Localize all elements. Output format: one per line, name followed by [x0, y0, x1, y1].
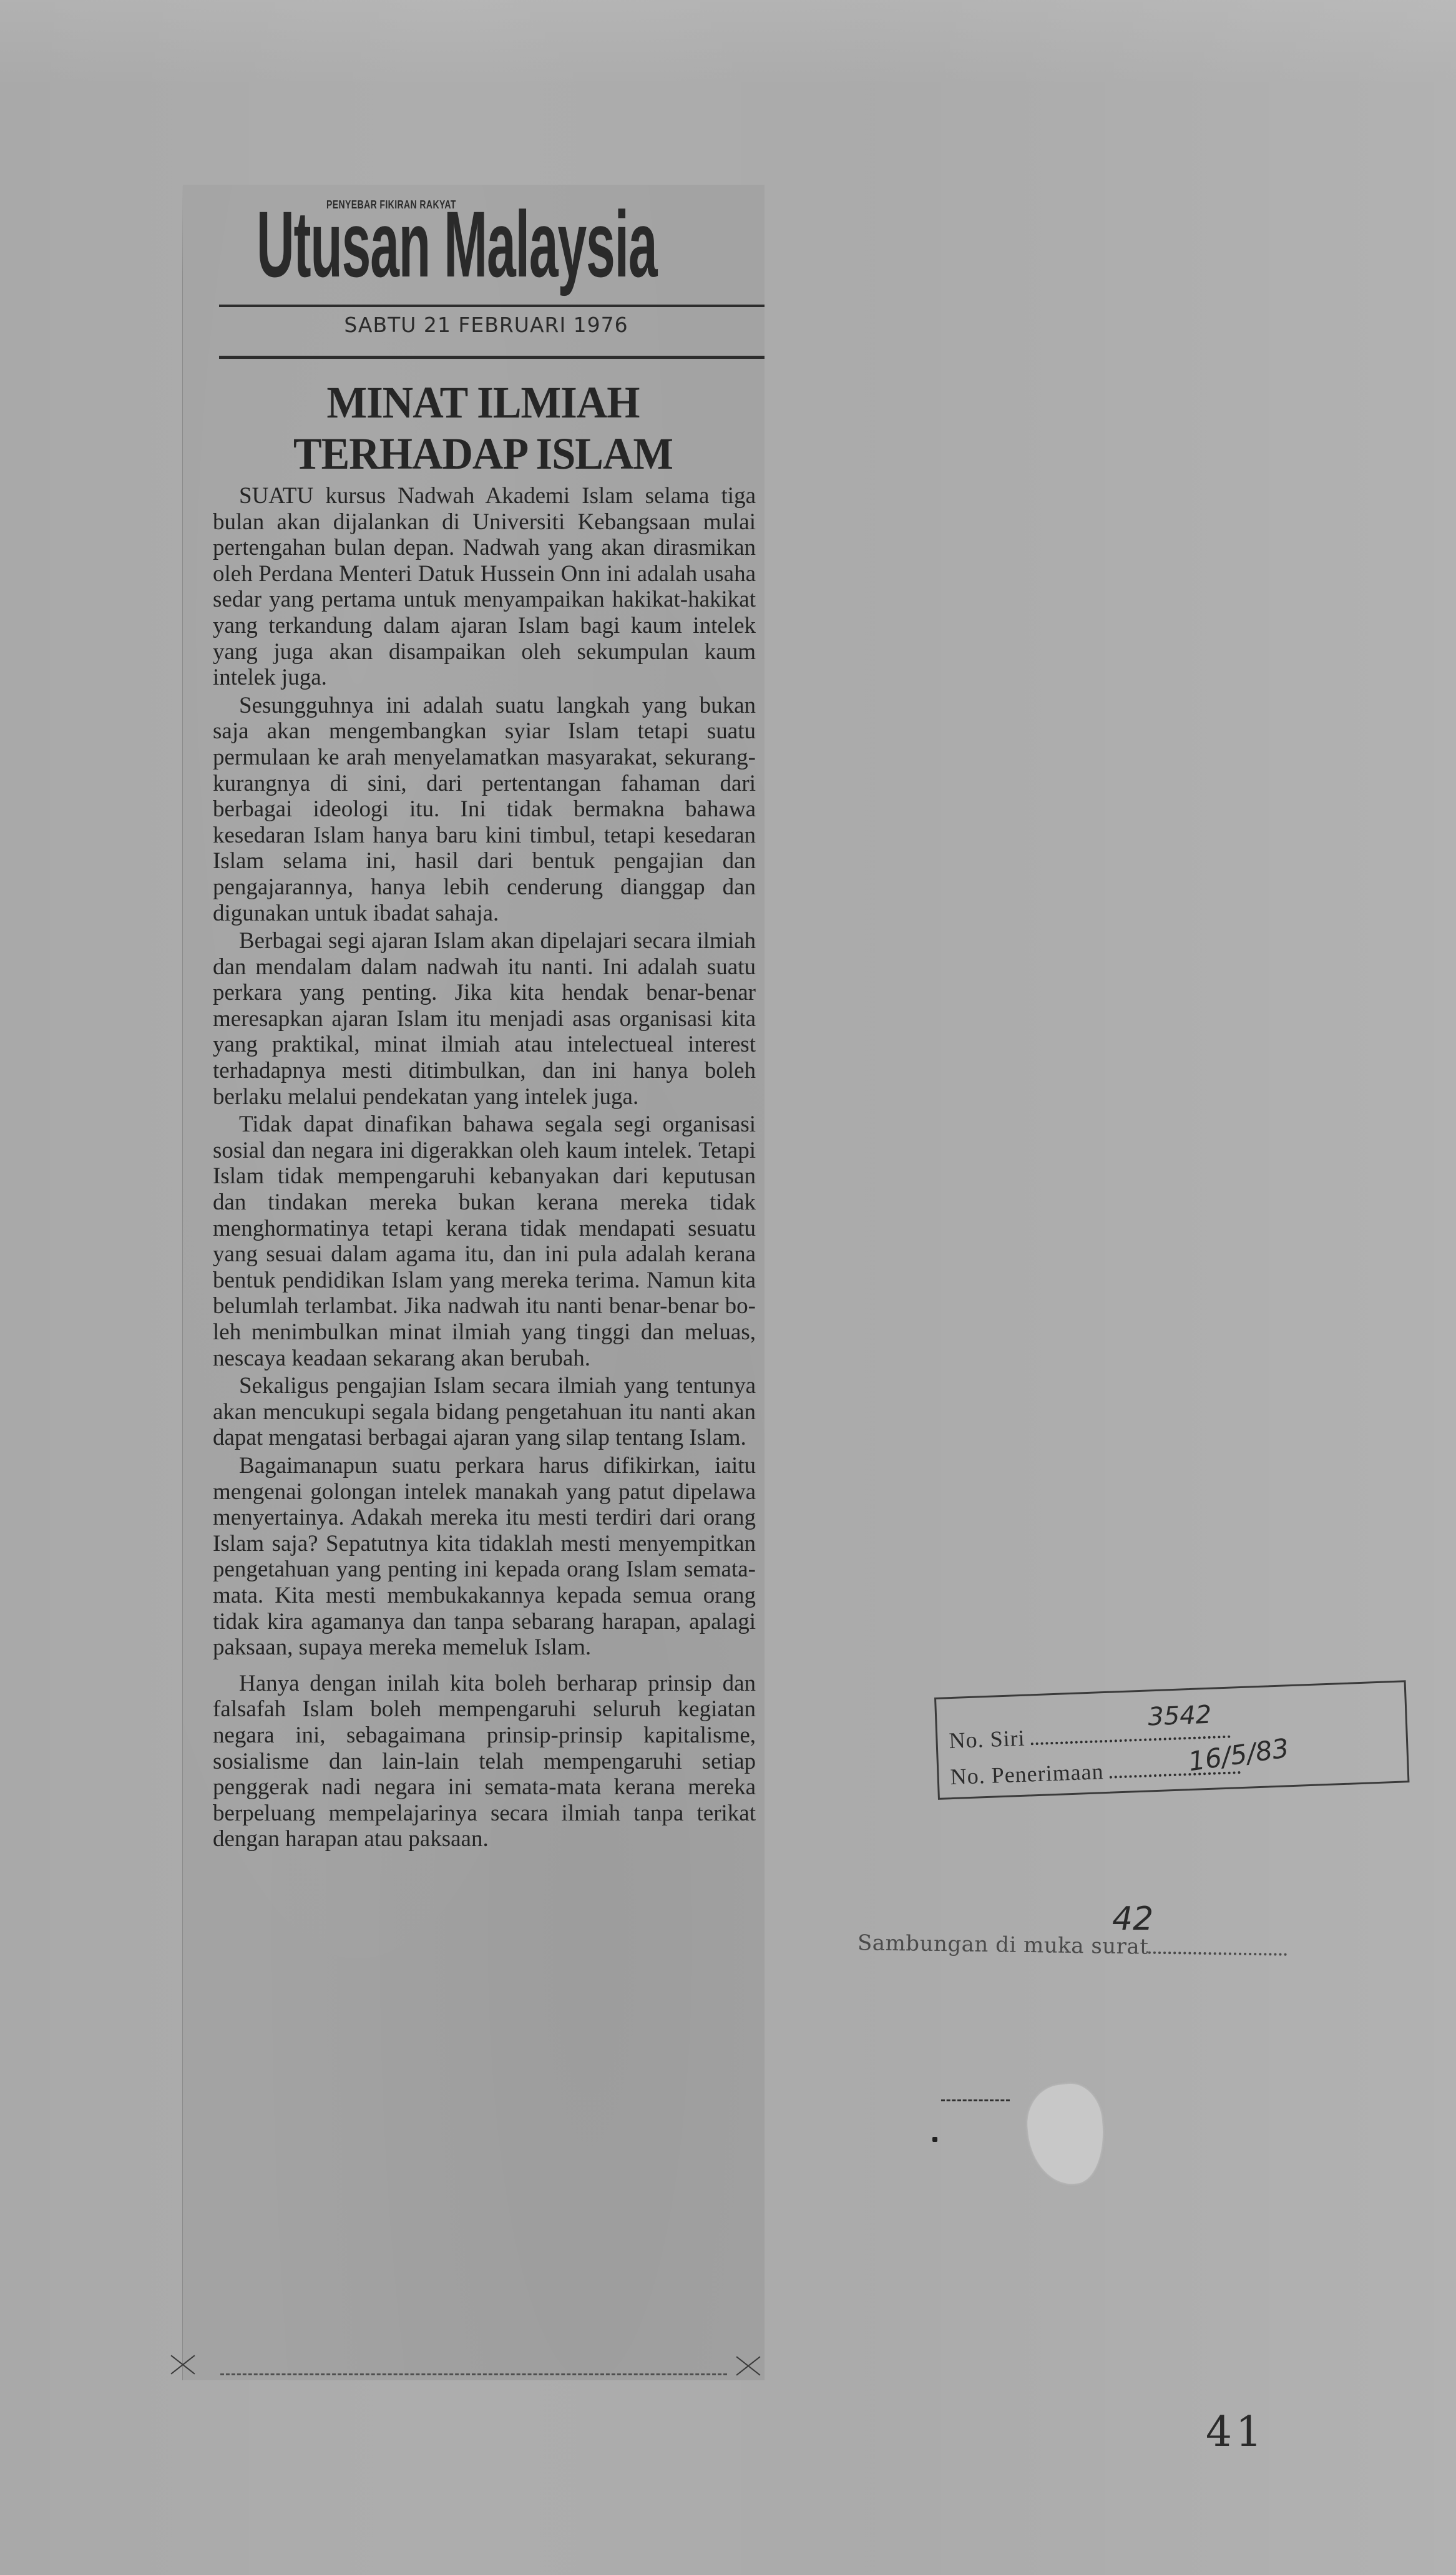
- stray-pen-mark: [941, 2099, 1010, 2101]
- newspaper-logo: Utusan Malaysia: [257, 197, 657, 291]
- article-headline: MINAT ILMIAH TERHADAP ISLAM: [183, 377, 765, 479]
- stray-ink-dot: [932, 2137, 937, 2142]
- headline-line-1: MINAT ILMIAH: [216, 377, 751, 428]
- masthead: Utusan Malaysia PENYEBAR FIKIRAN RAKYAT: [183, 192, 765, 298]
- continuation-page: 42: [1112, 1900, 1153, 1938]
- article-body: SUATU kursus Nadwah Akademi Islam sela­m…: [213, 483, 756, 1854]
- article-paragraph: Berbagai segi ajaran Islam akan dipelaja…: [213, 928, 756, 1110]
- masthead-rule-top: [219, 305, 765, 307]
- article-paragraph: Sekaligus pengajian Islam secara ilmiah …: [213, 1373, 756, 1451]
- newspaper-clipping: Utusan Malaysia PENYEBAR FIKIRAN RAKYAT …: [183, 185, 765, 2380]
- article-paragraph: Bagaimanapun suatu perkara harus difikir…: [213, 1453, 756, 1661]
- article-paragraph: Sesungguhnya ini adalah suatu langkah ya…: [213, 693, 756, 926]
- article-paragraph: Hanya dengan inilah kita boleh berharap …: [213, 1671, 756, 1852]
- dotted-fill-line: [1031, 1732, 1231, 1746]
- correction-fluid-smudge: [1024, 2081, 1108, 2188]
- cut-mark-icon: [736, 2354, 761, 2379]
- penerimaan-label: No. Penerimaan: [950, 1759, 1104, 1789]
- newspaper-tagline: PENYEBAR FIKIRAN RAKYAT: [326, 198, 456, 212]
- headline-line-2: TERHADAP ISLAM: [216, 428, 751, 479]
- dotted-fill-line: [1148, 1949, 1287, 1956]
- continuation-label: Sambungan di muka surat: [857, 1930, 1149, 1960]
- cut-mark-icon: [170, 2353, 195, 2378]
- siri-label: No. Siri: [949, 1726, 1025, 1753]
- cut-line: [220, 2373, 727, 2375]
- siri-value: 3542: [1148, 1701, 1212, 1732]
- article-paragraph: Tidak dapat dinafikan bahawa segala segi…: [213, 1112, 756, 1371]
- page-number: 41: [1206, 2408, 1266, 2456]
- masthead-rule-bottom: [219, 356, 765, 359]
- dateline: SABTU 21 FEBRUARI 1976: [183, 313, 765, 337]
- article-paragraph: SUATU kursus Nadwah Akademi Islam sela­m…: [213, 483, 756, 691]
- continuation-note: Sambungan di muka surat: [857, 1930, 1287, 1962]
- archive-stamp: No. Siri No. Penerimaan 3542 16/5/83: [934, 1680, 1410, 1800]
